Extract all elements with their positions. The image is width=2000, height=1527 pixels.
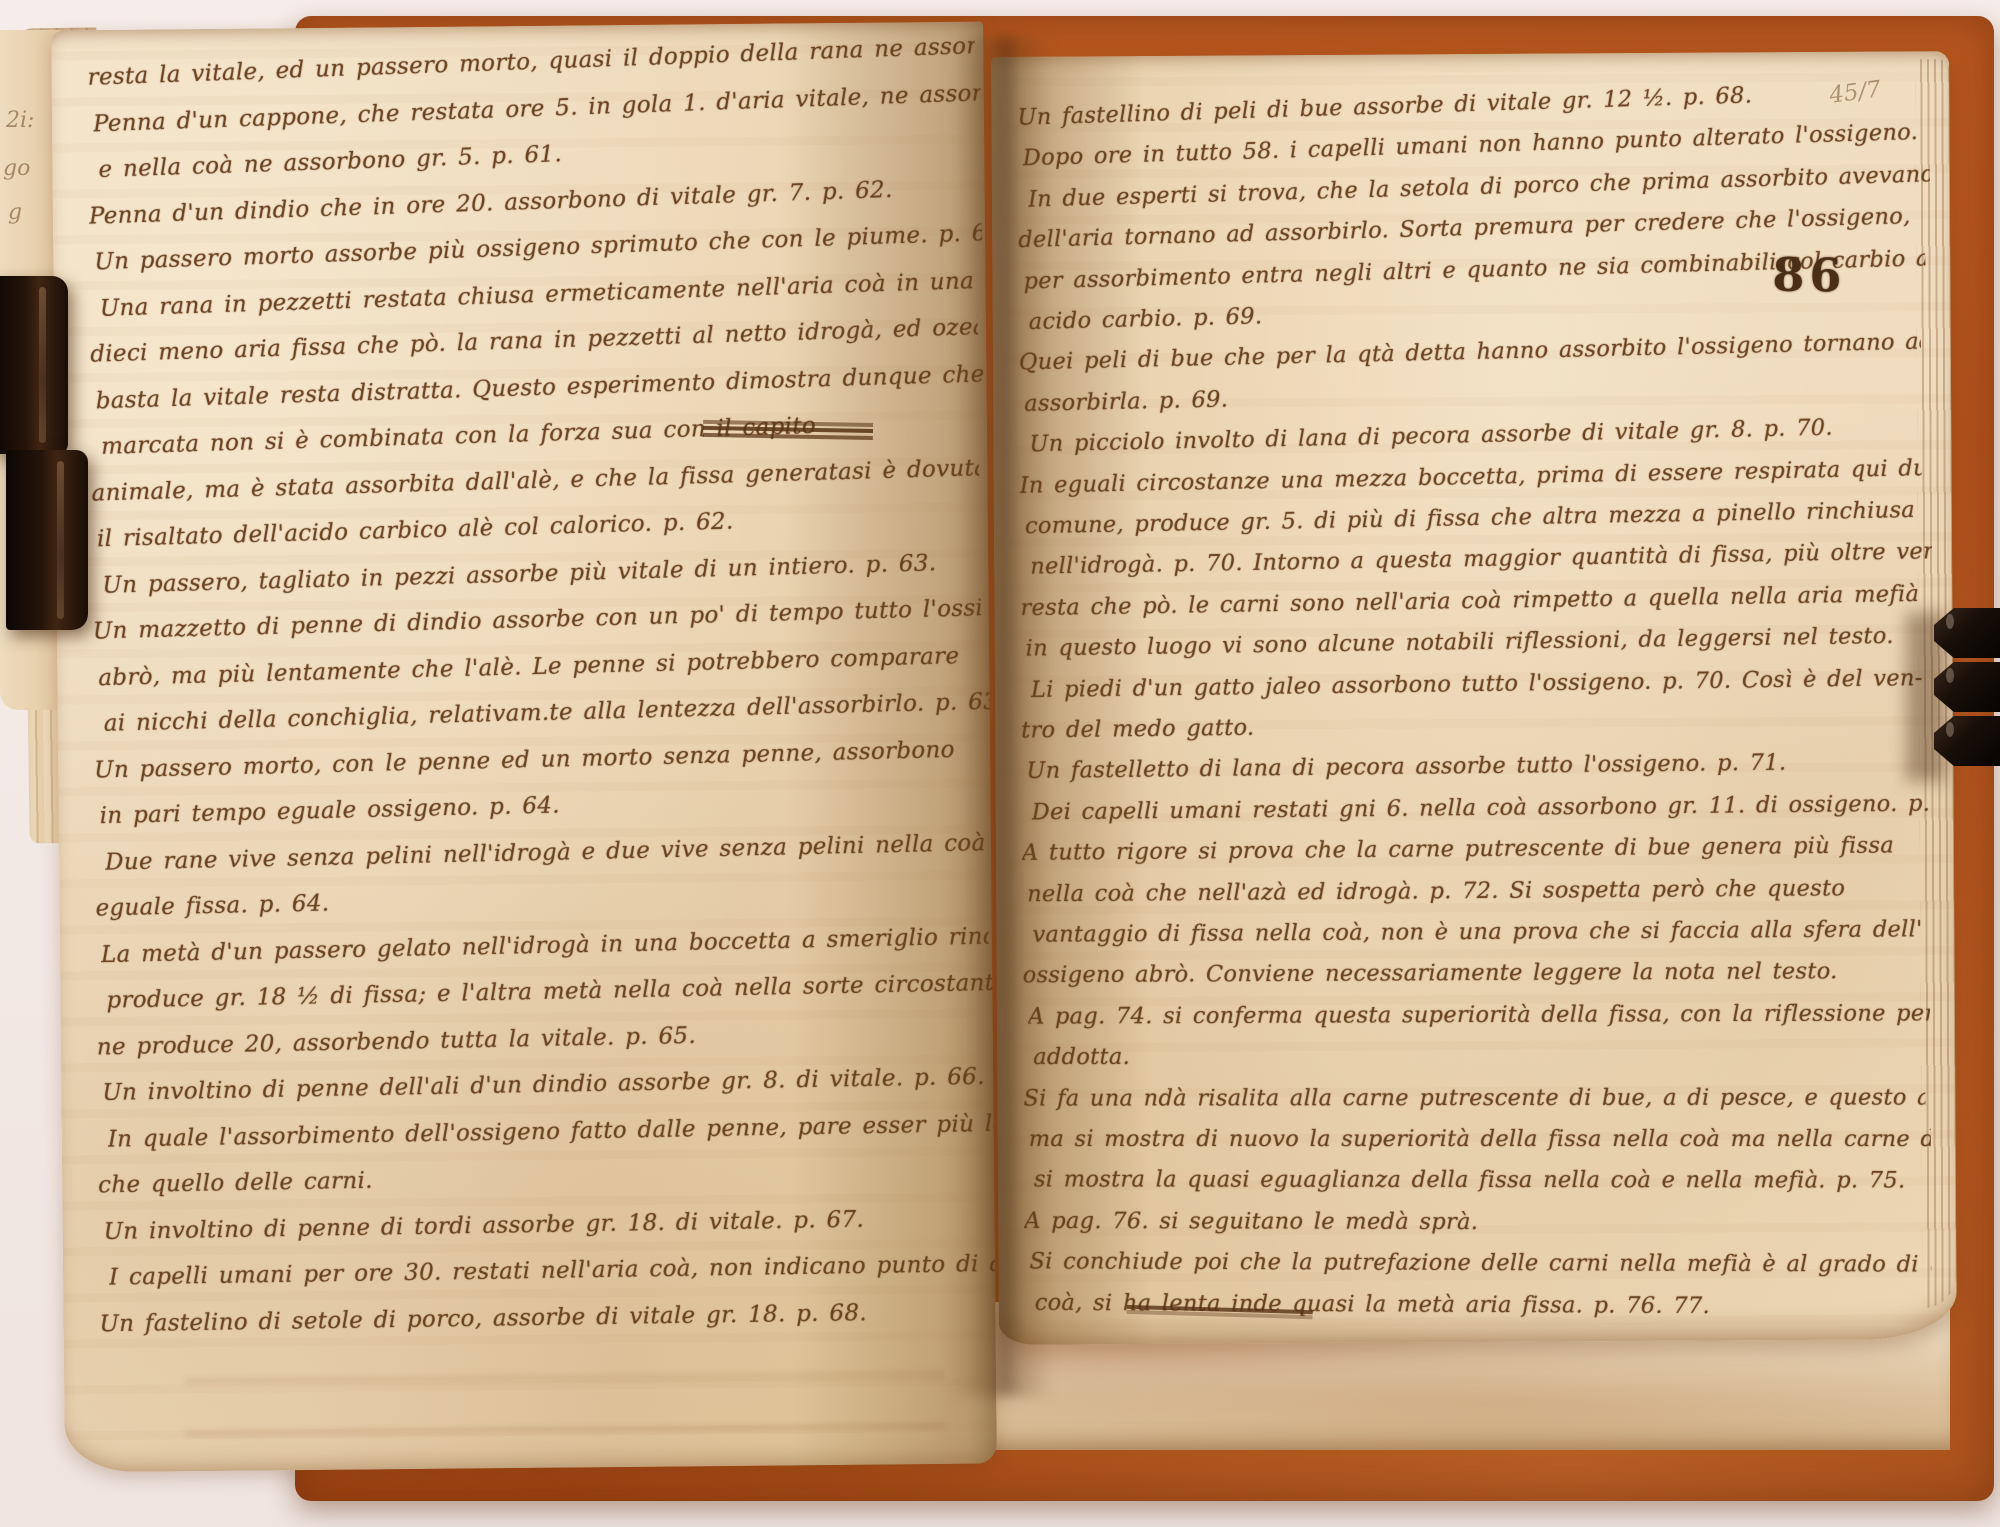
handwritten-line: Dei capelli umani restati gni 6. nella c…: [1032, 787, 1934, 830]
ghost-bleed-patch: [184, 1352, 945, 1469]
handwritten-line: si mostra la quasi eguaglianza della fis…: [1034, 1164, 1936, 1199]
handwritten-line: ma si mostra di nuovo la superiorità del…: [1029, 1123, 1931, 1157]
handwritten-line: Un involtino di penne di tordi assorbe g…: [103, 1201, 991, 1249]
handwritten-line: in questo luogo vi sono alcune notabili …: [1025, 620, 1927, 667]
left-page: resta la vitale, ed un passero morto, qu…: [51, 22, 997, 1473]
binder-clip-prong: [1934, 716, 2000, 766]
handwritten-line: Un mazzetto di penne di dindio assorbe c…: [92, 592, 981, 649]
manuscript-photo: 2i:gog resta la vitale, ed un passero mo…: [0, 0, 2000, 1527]
handwritten-line: A pag. 74. si conferma questa superiorit…: [1028, 997, 1930, 1034]
binder-clip: [1934, 608, 2000, 776]
handwritten-line: ai nicchi della conchiglia, relativam.te…: [103, 686, 992, 742]
handwritten-line: Si fa una ndà risalita alla carne putres…: [1023, 1081, 1925, 1116]
handwritten-line: Un passero morto, con le penne ed un mor…: [94, 733, 983, 788]
page-number: 86: [1772, 248, 1847, 303]
handwritten-line: resta che pò. le carni sono nell'aria co…: [1020, 578, 1922, 626]
handwritten-line: eguale fissa. p. 64.: [95, 873, 984, 926]
gutter-shadow: [948, 36, 1052, 1396]
handwritten-line: A tutto rigore si prova che la carne put…: [1022, 829, 1924, 871]
handwritten-line: Si conchiude poi che la putrefazione del…: [1029, 1246, 1931, 1283]
handwritten-line: in pari tempo eguale ossigeno. p. 64.: [99, 780, 988, 835]
margin-fragment: 2i:: [6, 108, 34, 133]
margin-fragment: g: [8, 200, 22, 225]
leather-strap-clip-lower: [6, 450, 88, 630]
handwritten-line: abrò, ma più lentamente che l'alè. Le pe…: [98, 639, 987, 696]
margin-fragment: go: [3, 156, 30, 181]
handwritten-line: Due rane vive senza pelini nell'idrogà e…: [105, 826, 994, 880]
handwritten-line: che quello delle carni.: [98, 1154, 986, 1203]
handwritten-line: tro del medo gatto.: [1021, 704, 1923, 749]
handwritten-line: Un fastelletto di lana di pecora assorbe…: [1026, 745, 1928, 789]
leather-strap-clip-upper: [0, 276, 68, 454]
handwritten-line: Li piedi d'un gatto jaleo assorbono tutt…: [1031, 661, 1933, 707]
handwritten-line: nella coà che nell'azà ed idrogà. p. 72.…: [1027, 871, 1929, 912]
handwritten-line: In quale l'assorbimento dell'ossigeno fa…: [107, 1107, 995, 1157]
handwritten-line: La metà d'un passero gelato nell'idrogà …: [101, 920, 990, 973]
handwritten-line: Un fastelino di setole di porco, assorbe…: [99, 1295, 987, 1342]
right-page: Un fastellino di peli di bue assorbe di …: [991, 51, 1957, 1345]
binder-clip-prong: [1934, 662, 2000, 712]
handwritten-line: Un involtino di penne dell'ali d'un dind…: [102, 1061, 990, 1111]
handwritten-line: A pag. 76. si seguitano le medà sprà.: [1024, 1205, 1926, 1241]
handwritten-line: nell'idrogà. p. 70. Intorno a questa mag…: [1030, 536, 1932, 585]
handwritten-line: ossigeno abrò. Conviene necessariamente …: [1023, 955, 1925, 993]
handwritten-line: produce gr. 18 ½ di fissa; e l'altra met…: [106, 967, 995, 1019]
handwritten-line: I capelli umani per ore 30. restati nell…: [109, 1248, 997, 1296]
handwritten-line: ne produce 20, assorbendo tutta la vital…: [97, 1014, 985, 1065]
handwritten-line: vantaggio di fissa nella coà, non è una …: [1032, 913, 1934, 953]
handwritten-line: addotta.: [1033, 1039, 1935, 1075]
binder-clip-prong: [1934, 608, 2000, 658]
